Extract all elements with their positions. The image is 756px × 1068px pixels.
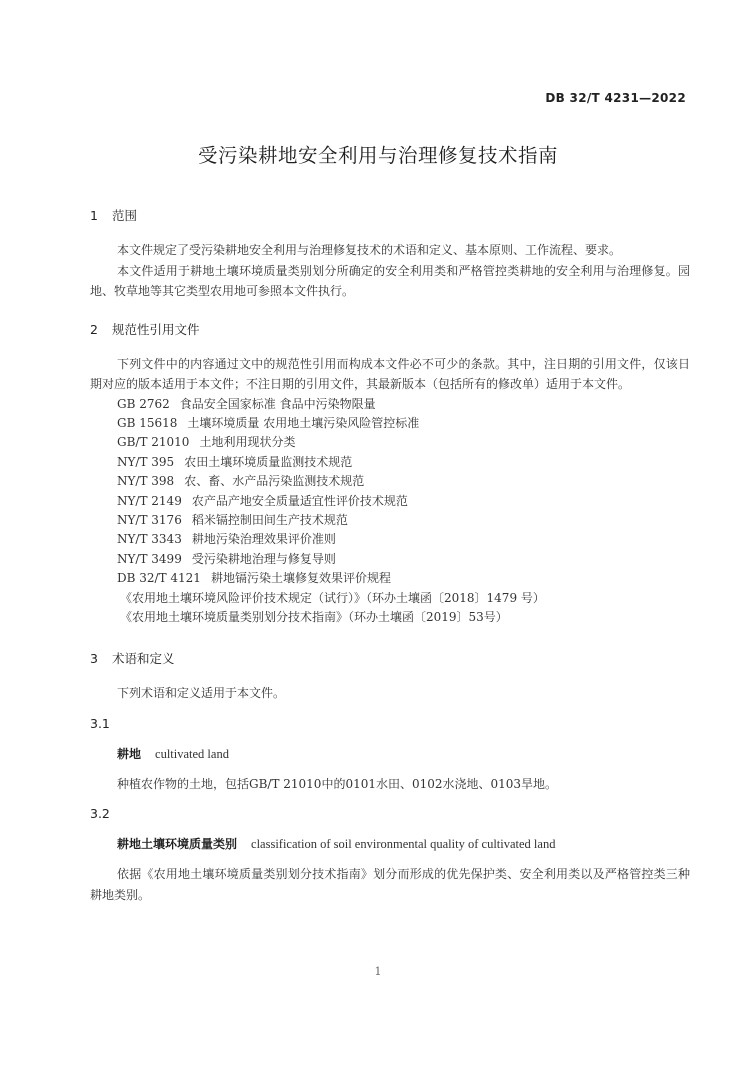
reference-title: 农、畜、水产品污染监测技术规范: [184, 474, 364, 488]
section-title: 范围: [112, 206, 137, 226]
reference-code: GB/T 21010: [117, 433, 189, 452]
reference-title: 土壤环境质量 农用地土壤污染风险管控标准: [187, 416, 419, 430]
scope-paragraph-2: 本文件适用于耕地土壤环境质量类别划分所确定的安全利用类和严格管控类耕地的安全利用…: [90, 261, 690, 302]
reference-code: NY/T 398: [117, 472, 174, 491]
reference-title: 土地利用现状分类: [199, 435, 295, 449]
term-chinese: 耕地土壤环境质量类别: [117, 837, 237, 851]
section-heading-terms-definitions: 3 术语和定义: [90, 649, 690, 669]
standard-code: DB 32/T 4231—2022: [545, 91, 686, 105]
term-definition: 依据《农用地土壤环境质量类别划分技术指南》划分而形成的优先保护类、安全利用类以及…: [90, 864, 690, 905]
reference-item: NY/T 3176稻米镉控制田间生产技术规范: [90, 511, 690, 530]
term-english: classification of soil environmental qua…: [251, 837, 555, 851]
reference-code: GB 15618: [117, 414, 177, 433]
reference-title: 受污染耕地治理与修复导则: [192, 552, 336, 566]
section-title: 术语和定义: [112, 649, 175, 669]
reference-code: GB 2762: [117, 395, 170, 414]
page-number: 1: [0, 965, 756, 978]
reference-code: NY/T 3499: [117, 550, 182, 569]
reference-code: NY/T 3343: [117, 530, 182, 549]
term-number: 3.2: [90, 804, 690, 824]
term-english: cultivated land: [155, 747, 229, 761]
reference-item: GB/T 21010土地利用现状分类: [90, 433, 690, 452]
reference-title: 食品安全国家标准 食品中污染物限量: [180, 397, 376, 411]
scope-paragraph-1: 本文件规定了受污染耕地安全利用与治理修复技术的术语和定义、基本原则、工作流程、要…: [90, 240, 690, 261]
section-number: 3: [90, 649, 112, 669]
reference-item: GB 2762食品安全国家标准 食品中污染物限量: [90, 395, 690, 414]
reference-item: NY/T 3499受污染耕地治理与修复导则: [90, 550, 690, 569]
reference-item-document: 《农用地土壤环境质量类别划分技术指南》（环办土壤函〔2019〕53号）: [90, 608, 690, 627]
document-page: DB 32/T 4231—2022 受污染耕地安全利用与治理修复技术指南 1 范…: [0, 0, 756, 1068]
reference-title: 耕地镉污染土壤修复效果评价规程: [211, 571, 391, 585]
reference-title: 耕地污染治理效果评价准则: [192, 532, 336, 546]
term-entry: 耕地土壤环境质量类别classification of soil environ…: [90, 834, 690, 854]
term-number: 3.1: [90, 714, 690, 734]
section-number: 2: [90, 320, 112, 340]
reference-code: NY/T 3176: [117, 511, 182, 530]
section-title: 规范性引用文件: [112, 320, 200, 340]
reference-item: NY/T 2149农产品产地安全质量适宜性评价技术规范: [90, 492, 690, 511]
reference-item: NY/T 3343耕地污染治理效果评价准则: [90, 530, 690, 549]
reference-item-document: 《农用地土壤环境风险评价技术规定（试行）》（环办土壤函〔2018〕1479 号）: [90, 589, 690, 608]
section-heading-normative-references: 2 规范性引用文件: [90, 320, 690, 340]
reference-item: GB 15618土壤环境质量 农用地土壤污染风险管控标准: [90, 414, 690, 433]
reference-item: NY/T 395农田土壤环境质量监测技术规范: [90, 453, 690, 472]
reference-title: 农产品产地安全质量适宜性评价技术规范: [192, 494, 408, 508]
document-body: 1 范围 本文件规定了受污染耕地安全利用与治理修复技术的术语和定义、基本原则、工…: [90, 206, 690, 905]
reference-list: GB 2762食品安全国家标准 食品中污染物限量 GB 15618土壤环境质量 …: [90, 395, 690, 628]
reference-code: NY/T 395: [117, 453, 174, 472]
reference-item: NY/T 398农、畜、水产品污染监测技术规范: [90, 472, 690, 491]
term-definition: 种植农作物的土地，包括GB/T 21010中的0101水田、0102水浇地、01…: [90, 774, 690, 795]
section-heading-scope: 1 范围: [90, 206, 690, 226]
section-number: 1: [90, 206, 112, 226]
reference-title: 农田土壤环境质量监测技术规范: [184, 455, 352, 469]
term-chinese: 耕地: [117, 747, 141, 761]
reference-item: DB 32/T 4121耕地镉污染土壤修复效果评价规程: [90, 569, 690, 588]
reference-code: NY/T 2149: [117, 492, 182, 511]
term-entry: 耕地cultivated land: [90, 744, 690, 764]
reference-code: DB 32/T 4121: [117, 569, 201, 588]
references-intro: 下列文件中的内容通过文中的规范性引用而构成本文件必不可少的条款。其中，注日期的引…: [90, 354, 690, 395]
document-title: 受污染耕地安全利用与治理修复技术指南: [0, 140, 756, 168]
terms-intro: 下列术语和定义适用于本文件。: [90, 683, 690, 704]
reference-title: 稻米镉控制田间生产技术规范: [192, 513, 348, 527]
